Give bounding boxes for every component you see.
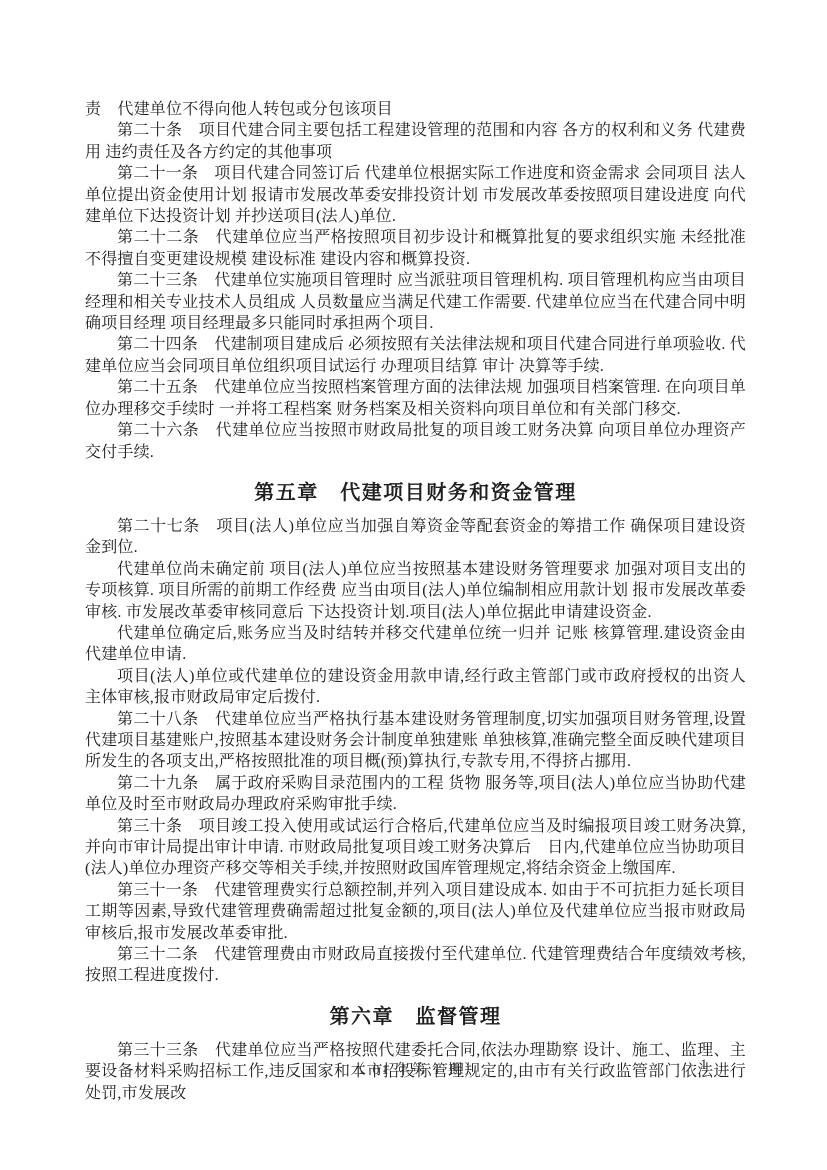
document-paragraph: 责 代建单位不得向他人转包或分包该项目	[85, 99, 746, 120]
document-paragraph: 第二十九条 属于政府采购目录范围内的工程 货物 服务等,项目(法人)单位应当协助…	[85, 773, 746, 816]
document-paragraph: 代建单位尚未确定前 项目(法人)单位应当按照基本建设财务管理要求 加强对项目支出…	[85, 559, 746, 623]
chapter-heading: 第五章 代建项目财务和资金管理	[85, 476, 746, 505]
document-paragraph: 第二十条 项目代建合同主要包括工程建设管理的范围和内容 各方的权利和义务 代建费…	[85, 120, 746, 163]
document-body: 责 代建单位不得向他人转包或分包该项目第二十条 项目代建合同主要包括工程建设管理…	[85, 99, 746, 1104]
document-page: 责 代建单位不得向他人转包或分包该项目第二十条 项目代建合同主要包括工程建设管理…	[0, 0, 827, 1170]
document-paragraph: 第二十一条 项目代建合同签订后 代建单位根据实际工作进度和资金需求 会同项目 法…	[85, 163, 746, 227]
document-paragraph: 第二十五条 代建单位应当按照档案管理方面的法律法规 加强项目档案管理. 在向项目…	[85, 377, 746, 420]
footer-issue-label: （ 01 年第 1 期）	[85, 1059, 746, 1079]
document-paragraph: 代建单位确定后,账务应当及时结转并移交代建单位统一归并 记账 核算管理.建设资金…	[85, 623, 746, 666]
document-paragraph: 第三十条 项目竣工投入使用或试运行合格后,代建单位应当及时编报项目竣工财务决算,…	[85, 816, 746, 880]
document-paragraph: 项目(法人)单位或代建单位的建设资金用款申请,经行政主管部门或市政府授权的出资人…	[85, 666, 746, 709]
footer-page-number: 1	[700, 1057, 708, 1074]
document-paragraph: 第二十八条 代建单位应当严格执行基本建设财务管理制度,切实加强项目财务管理,设置…	[85, 709, 746, 773]
document-paragraph: 第二十四条 代建制项目建成后 必须按照有关法律法规和项目代建合同进行单项验收. …	[85, 334, 746, 377]
document-paragraph: 第三十二条 代建管理费由市财政局直接拨付至代建单位. 代建管理费结合年度绩效考核…	[85, 944, 746, 987]
document-paragraph: 第二十二条 代建单位应当严格按照项目初步设计和概算批复的要求组织实施 未经批准 …	[85, 227, 746, 270]
document-paragraph: 第三十一条 代建管理费实行总额控制,并列入项目建设成本. 如由于不可抗拒力延长项…	[85, 880, 746, 944]
document-paragraph: 第二十三条 代建单位实施项目管理时 应当派驻项目管理机构. 项目管理机构应当由项…	[85, 270, 746, 334]
document-paragraph: 第二十六条 代建单位应当按照市财政局批复的项目竣工财务决算 向项目单位办理资产交…	[85, 420, 746, 463]
chapter-heading: 第六章 监督管理	[85, 1000, 746, 1029]
document-paragraph: 第二十七条 项目(法人)单位应当加强自筹资金等配套资金的筹措工作 确保项目建设资…	[85, 516, 746, 559]
